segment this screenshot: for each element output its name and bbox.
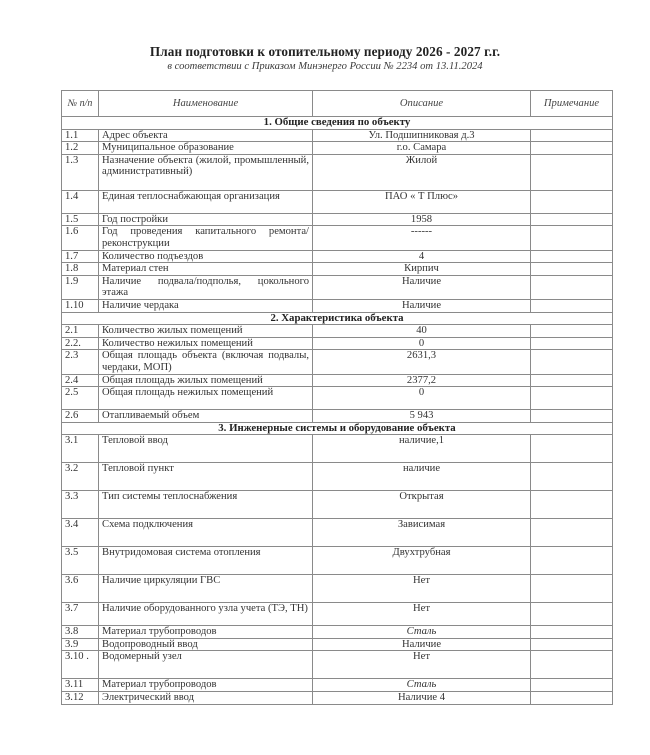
row-number: 2.2. bbox=[62, 337, 99, 350]
table-row: 1.5Год постройки1958 bbox=[62, 213, 613, 226]
row-name: Год постройки bbox=[99, 213, 313, 226]
row-note bbox=[531, 638, 613, 651]
row-description: Открытая bbox=[313, 491, 531, 519]
row-note bbox=[531, 679, 613, 692]
row-note bbox=[531, 299, 613, 312]
row-description: 2631,3 bbox=[313, 350, 531, 374]
table-row: 2.1Количество жилых помещений40 bbox=[62, 325, 613, 338]
row-note bbox=[531, 463, 613, 491]
row-note bbox=[531, 275, 613, 299]
table-row: 3.4Схема подключенияЗависимая bbox=[62, 519, 613, 547]
table-header-row: № п/п Наименование Описание Примечание bbox=[62, 91, 613, 117]
section-header-row: 3. Инженерные системы и оборудование объ… bbox=[62, 422, 613, 435]
row-name: Электрический ввод bbox=[99, 692, 313, 705]
row-number: 2.4 bbox=[62, 374, 99, 387]
row-name: Единая теплоснабжающая организация bbox=[99, 190, 313, 213]
row-description: Жилой bbox=[313, 154, 531, 190]
row-number: 1.3 bbox=[62, 154, 99, 190]
row-description: Наличие 4 bbox=[313, 692, 531, 705]
table-row: 3.2Тепловой пунктналичие bbox=[62, 463, 613, 491]
row-name: Наличие чердака bbox=[99, 299, 313, 312]
row-number: 3.1 bbox=[62, 435, 99, 463]
table-row: 1.6Год проведения капитального ремонта/р… bbox=[62, 226, 613, 250]
row-note bbox=[531, 374, 613, 387]
row-description: 2377,2 bbox=[313, 374, 531, 387]
row-note bbox=[531, 226, 613, 250]
row-number: 1.6 bbox=[62, 226, 99, 250]
row-name: Наличие оборудованного узла учета (ТЭ, Т… bbox=[99, 603, 313, 626]
row-description: 4 bbox=[313, 250, 531, 263]
row-name: Водопроводный ввод bbox=[99, 638, 313, 651]
row-note bbox=[531, 325, 613, 338]
row-number: 3.3 bbox=[62, 491, 99, 519]
row-description: Наличие bbox=[313, 638, 531, 651]
row-name: Водомерный узел bbox=[99, 651, 313, 679]
row-note bbox=[531, 250, 613, 263]
section-header-row: 1. Общие сведения по объекту bbox=[62, 117, 613, 130]
row-note bbox=[531, 692, 613, 705]
row-number: 3.2 bbox=[62, 463, 99, 491]
row-number: 2.1 bbox=[62, 325, 99, 338]
row-name: Адрес объекта bbox=[99, 129, 313, 142]
section-title: 2. Характеристика объекта bbox=[62, 312, 613, 325]
table-row: 3.12Электрический вводНаличие 4 bbox=[62, 692, 613, 705]
row-number: 2.5 bbox=[62, 387, 99, 410]
header-number: № п/п bbox=[62, 91, 99, 117]
row-name: Количество подъездов bbox=[99, 250, 313, 263]
row-name: Схема подключения bbox=[99, 519, 313, 547]
row-number: 3.8 bbox=[62, 626, 99, 639]
header-description: Описание bbox=[313, 91, 531, 117]
header-note: Примечание bbox=[531, 91, 613, 117]
table-row: 1.3Назначение объекта (жилой, промышленн… bbox=[62, 154, 613, 190]
row-name: Наличие подвала/подполья, цокольного эта… bbox=[99, 275, 313, 299]
section-title: 3. Инженерные системы и оборудование объ… bbox=[62, 422, 613, 435]
row-note bbox=[531, 547, 613, 575]
row-number: 1.4 bbox=[62, 190, 99, 213]
row-description: 5 943 bbox=[313, 410, 531, 423]
row-description: ------ bbox=[313, 226, 531, 250]
row-name: Количество жилых помещений bbox=[99, 325, 313, 338]
row-name: Внутридомовая система отопления bbox=[99, 547, 313, 575]
row-name: Материал трубопроводов bbox=[99, 626, 313, 639]
row-number: 1.2 bbox=[62, 142, 99, 155]
document-subtitle: в соответствии с Приказом Минэнерго Росс… bbox=[0, 61, 650, 72]
table-row: 2.6Отапливаемый объем5 943 bbox=[62, 410, 613, 423]
row-description: Наличие bbox=[313, 275, 531, 299]
row-number: 3.5 bbox=[62, 547, 99, 575]
table-body: 1. Общие сведения по объекту1.1Адрес объ… bbox=[62, 117, 613, 705]
header-name: Наименование bbox=[99, 91, 313, 117]
row-note bbox=[531, 154, 613, 190]
row-note bbox=[531, 651, 613, 679]
table-row: 3.6Наличие циркуляции ГВСНет bbox=[62, 575, 613, 603]
row-note bbox=[531, 519, 613, 547]
row-description: Кирпич bbox=[313, 263, 531, 276]
table-row: 3.8Материал трубопроводовСталь bbox=[62, 626, 613, 639]
table-row: 2.2.Количество нежилых помещений0 bbox=[62, 337, 613, 350]
row-name: Тепловой ввод bbox=[99, 435, 313, 463]
row-note bbox=[531, 337, 613, 350]
row-note bbox=[531, 575, 613, 603]
row-note bbox=[531, 491, 613, 519]
row-note bbox=[531, 435, 613, 463]
row-note bbox=[531, 626, 613, 639]
row-name: Наличие циркуляции ГВС bbox=[99, 575, 313, 603]
row-note bbox=[531, 410, 613, 423]
row-number: 3.6 bbox=[62, 575, 99, 603]
row-description: наличие,1 bbox=[313, 435, 531, 463]
table-row: 1.1Адрес объектаУл. Подшипниковая д.3 bbox=[62, 129, 613, 142]
row-note bbox=[531, 213, 613, 226]
row-name: Материал трубопроводов bbox=[99, 679, 313, 692]
row-number: 1.8 bbox=[62, 263, 99, 276]
row-number: 3.11 bbox=[62, 679, 99, 692]
row-number: 3.10 . bbox=[62, 651, 99, 679]
row-description: 0 bbox=[313, 387, 531, 410]
row-name: Количество нежилых помещений bbox=[99, 337, 313, 350]
row-number: 3.9 bbox=[62, 638, 99, 651]
table-row: 1.9Наличие подвала/подполья, цокольного … bbox=[62, 275, 613, 299]
table-row: 3.5Внутридомовая система отопленияДвухтр… bbox=[62, 547, 613, 575]
row-number: 1.1 bbox=[62, 129, 99, 142]
heating-plan-table: № п/п Наименование Описание Примечание 1… bbox=[61, 90, 613, 705]
row-name: Назначение объекта (жилой, промышленный,… bbox=[99, 154, 313, 190]
row-description: г.о. Самара bbox=[313, 142, 531, 155]
table-row: 3.10 .Водомерный узелНет bbox=[62, 651, 613, 679]
table-row: 3.3Тип системы теплоснабженияОткрытая bbox=[62, 491, 613, 519]
row-note bbox=[531, 387, 613, 410]
row-description: Нет bbox=[313, 603, 531, 626]
row-number: 1.10 bbox=[62, 299, 99, 312]
row-description: Наличие bbox=[313, 299, 531, 312]
row-name: Отапливаемый объем bbox=[99, 410, 313, 423]
document-title: План подготовки к отопительному периоду … bbox=[0, 44, 650, 60]
row-name: Материал стен bbox=[99, 263, 313, 276]
table-row: 1.7Количество подъездов4 bbox=[62, 250, 613, 263]
table-row: 3.11Материал трубопроводовСталь bbox=[62, 679, 613, 692]
table-row: 1.4Единая теплоснабжающая организацияПАО… bbox=[62, 190, 613, 213]
row-number: 1.7 bbox=[62, 250, 99, 263]
row-note bbox=[531, 263, 613, 276]
table-row: 1.10Наличие чердакаНаличие bbox=[62, 299, 613, 312]
row-description: Нет bbox=[313, 575, 531, 603]
row-note bbox=[531, 129, 613, 142]
row-description: 1958 bbox=[313, 213, 531, 226]
row-name: Общая площадь жилых помещений bbox=[99, 374, 313, 387]
row-description: Зависимая bbox=[313, 519, 531, 547]
table-row: 2.3Общая площадь объекта (включая подвал… bbox=[62, 350, 613, 374]
table-row: 2.4Общая площадь жилых помещений2377,2 bbox=[62, 374, 613, 387]
table-row: 3.9Водопроводный вводНаличие bbox=[62, 638, 613, 651]
row-description: Сталь bbox=[313, 626, 531, 639]
row-number: 1.5 bbox=[62, 213, 99, 226]
section-title: 1. Общие сведения по объекту bbox=[62, 117, 613, 130]
row-number: 3.7 bbox=[62, 603, 99, 626]
section-header-row: 2. Характеристика объекта bbox=[62, 312, 613, 325]
row-description: наличие bbox=[313, 463, 531, 491]
table-row: 1.8Материал стенКирпич bbox=[62, 263, 613, 276]
row-description: 0 bbox=[313, 337, 531, 350]
row-name: Общая площадь объекта (включая подвалы, … bbox=[99, 350, 313, 374]
row-note bbox=[531, 350, 613, 374]
table-row: 2.5Общая площадь нежилых помещений0 bbox=[62, 387, 613, 410]
row-note bbox=[531, 142, 613, 155]
row-note bbox=[531, 190, 613, 213]
row-number: 1.9 bbox=[62, 275, 99, 299]
table-row: 1.2Муниципальное образованиег.о. Самара bbox=[62, 142, 613, 155]
row-description: 40 bbox=[313, 325, 531, 338]
row-name: Муниципальное образование bbox=[99, 142, 313, 155]
row-number: 2.3 bbox=[62, 350, 99, 374]
row-name: Год проведения капитального ремонта/реко… bbox=[99, 226, 313, 250]
row-name: Тепловой пункт bbox=[99, 463, 313, 491]
row-number: 3.4 bbox=[62, 519, 99, 547]
table-row: 3.7Наличие оборудованного узла учета (ТЭ… bbox=[62, 603, 613, 626]
row-description: ПАО « Т Плюс» bbox=[313, 190, 531, 213]
row-name: Тип системы теплоснабжения bbox=[99, 491, 313, 519]
row-description: Двухтрубная bbox=[313, 547, 531, 575]
row-name: Общая площадь нежилых помещений bbox=[99, 387, 313, 410]
row-number: 2.6 bbox=[62, 410, 99, 423]
row-number: 3.12 bbox=[62, 692, 99, 705]
row-note bbox=[531, 603, 613, 626]
table-row: 3.1Тепловой вводналичие,1 bbox=[62, 435, 613, 463]
row-description: Сталь bbox=[313, 679, 531, 692]
row-description: Ул. Подшипниковая д.3 bbox=[313, 129, 531, 142]
row-description: Нет bbox=[313, 651, 531, 679]
